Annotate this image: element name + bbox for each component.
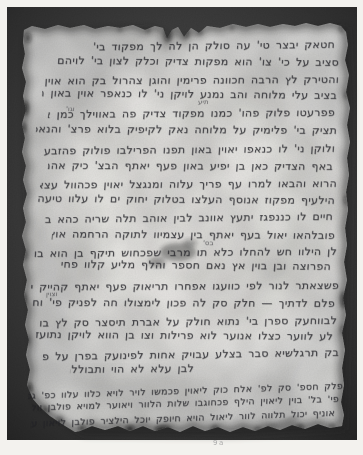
paper-texture xyxy=(0,0,363,455)
photograph-of-manuscript: חטאק יבצר טי' עה סולק הן לה לך מפקוד בי'… xyxy=(0,0,363,455)
manuscript-leaf xyxy=(0,0,363,455)
manuscript-page-graphic xyxy=(0,0,363,455)
photo-bottom-mark: 9a xyxy=(213,439,225,447)
